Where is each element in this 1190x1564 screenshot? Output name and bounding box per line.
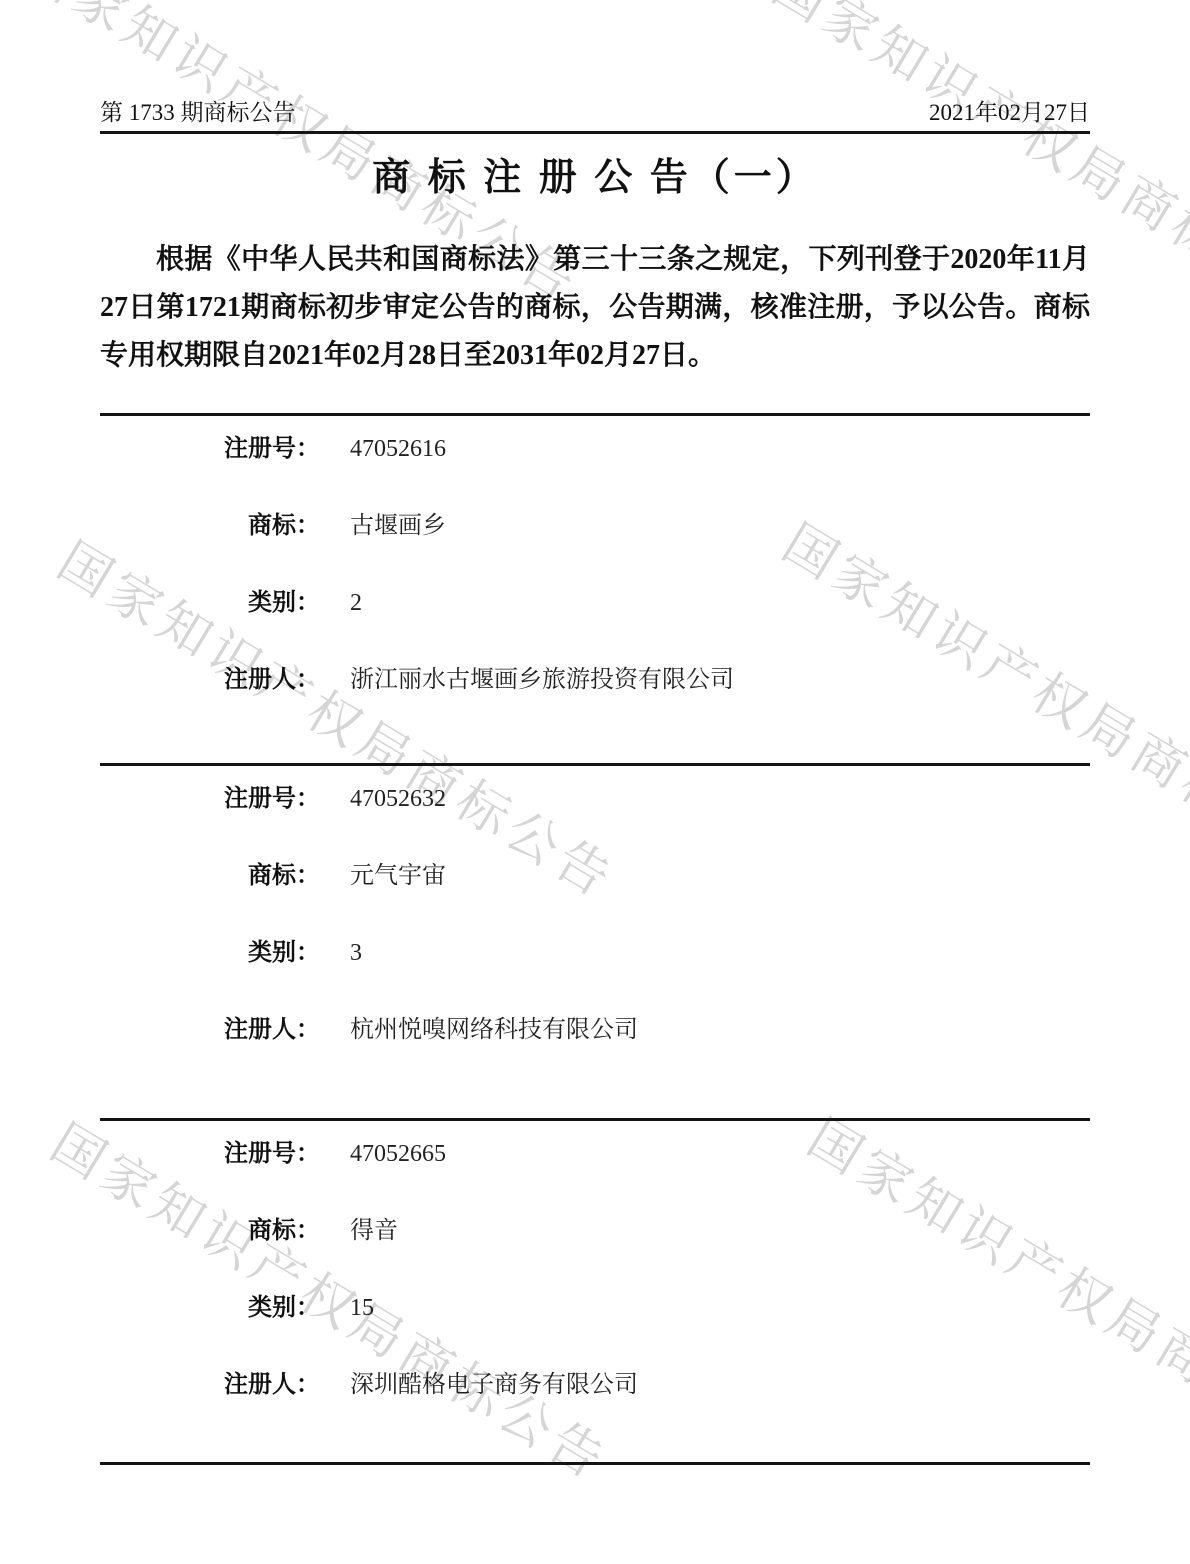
page-title: 商 标 注 册 公 告（一） <box>0 146 1190 201</box>
registration-number-value: 47052632 <box>350 784 446 814</box>
trademark-value: 元气宇宙 <box>350 861 446 891</box>
trademark-label: 商标： <box>100 1216 320 1246</box>
registration-number-row: 注册号：47052665 <box>100 1139 1090 1169</box>
registration-number-row: 注册号：47052632 <box>100 784 1090 814</box>
registration-number-label: 注册号： <box>100 434 320 464</box>
registrant-row: 注册人：浙江丽水古堰画乡旅游投资有限公司 <box>100 665 1090 695</box>
class-label: 类别： <box>100 938 320 968</box>
trademark-record: 注册号：47052616 商标：古堰画乡 类别：2 注册人：浙江丽水古堰画乡旅游… <box>100 416 1090 751</box>
trademark-record: 注册号：47052632 商标：元气宇宙 类别：3 注册人：杭州悦嗅网络科技有限… <box>100 766 1090 1101</box>
class-label: 类别： <box>100 1293 320 1323</box>
trademark-label: 商标： <box>100 861 320 891</box>
trademark-row: 商标：得音 <box>100 1216 1090 1246</box>
trademark-row: 商标：古堰画乡 <box>100 511 1090 541</box>
trademark-row: 商标：元气宇宙 <box>100 861 1090 891</box>
gazette-date: 2021年02月27日 <box>929 94 1090 127</box>
registration-number-label: 注册号： <box>100 784 320 814</box>
class-label: 类别： <box>100 588 320 618</box>
trademark-record: 注册号：47052665 商标：得音 类别：15 注册人：深圳酷格电子商务有限公… <box>100 1121 1090 1456</box>
registration-number-value: 47052665 <box>350 1139 446 1169</box>
registration-number-value: 47052616 <box>350 434 446 464</box>
registrant-label: 注册人： <box>100 1015 320 1045</box>
class-value: 3 <box>350 938 362 968</box>
registrant-value: 深圳酷格电子商务有限公司 <box>350 1370 638 1400</box>
header-divider <box>100 131 1090 134</box>
class-value: 2 <box>350 588 362 618</box>
bottom-divider <box>100 1462 1090 1465</box>
gazette-page: 国家知识产权局商标公告 国家知识产权局商标公告 国家知识产权局商标公告 国家知识… <box>0 0 1190 1564</box>
class-row: 类别：2 <box>100 588 1090 618</box>
registrant-label: 注册人： <box>100 665 320 695</box>
registrant-value: 浙江丽水古堰画乡旅游投资有限公司 <box>350 665 734 695</box>
intro-paragraph: 根据《中华人民共和国商标法》第三十三条之规定，下列刊登于2020年11月27日第… <box>100 236 1090 380</box>
trademark-value: 得音 <box>350 1216 398 1246</box>
trademark-label: 商标： <box>100 511 320 541</box>
class-value: 15 <box>350 1293 374 1323</box>
registrant-value: 杭州悦嗅网络科技有限公司 <box>350 1015 638 1045</box>
class-row: 类别：15 <box>100 1293 1090 1323</box>
registrant-row: 注册人：深圳酷格电子商务有限公司 <box>100 1370 1090 1400</box>
registrant-label: 注册人： <box>100 1370 320 1400</box>
registration-number-row: 注册号：47052616 <box>100 434 1090 464</box>
registrant-row: 注册人：杭州悦嗅网络科技有限公司 <box>100 1015 1090 1045</box>
class-row: 类别：3 <box>100 938 1090 968</box>
trademark-value: 古堰画乡 <box>350 511 446 541</box>
registration-number-label: 注册号： <box>100 1139 320 1169</box>
gazette-issue-number: 第 1733 期商标公告 <box>100 94 296 127</box>
